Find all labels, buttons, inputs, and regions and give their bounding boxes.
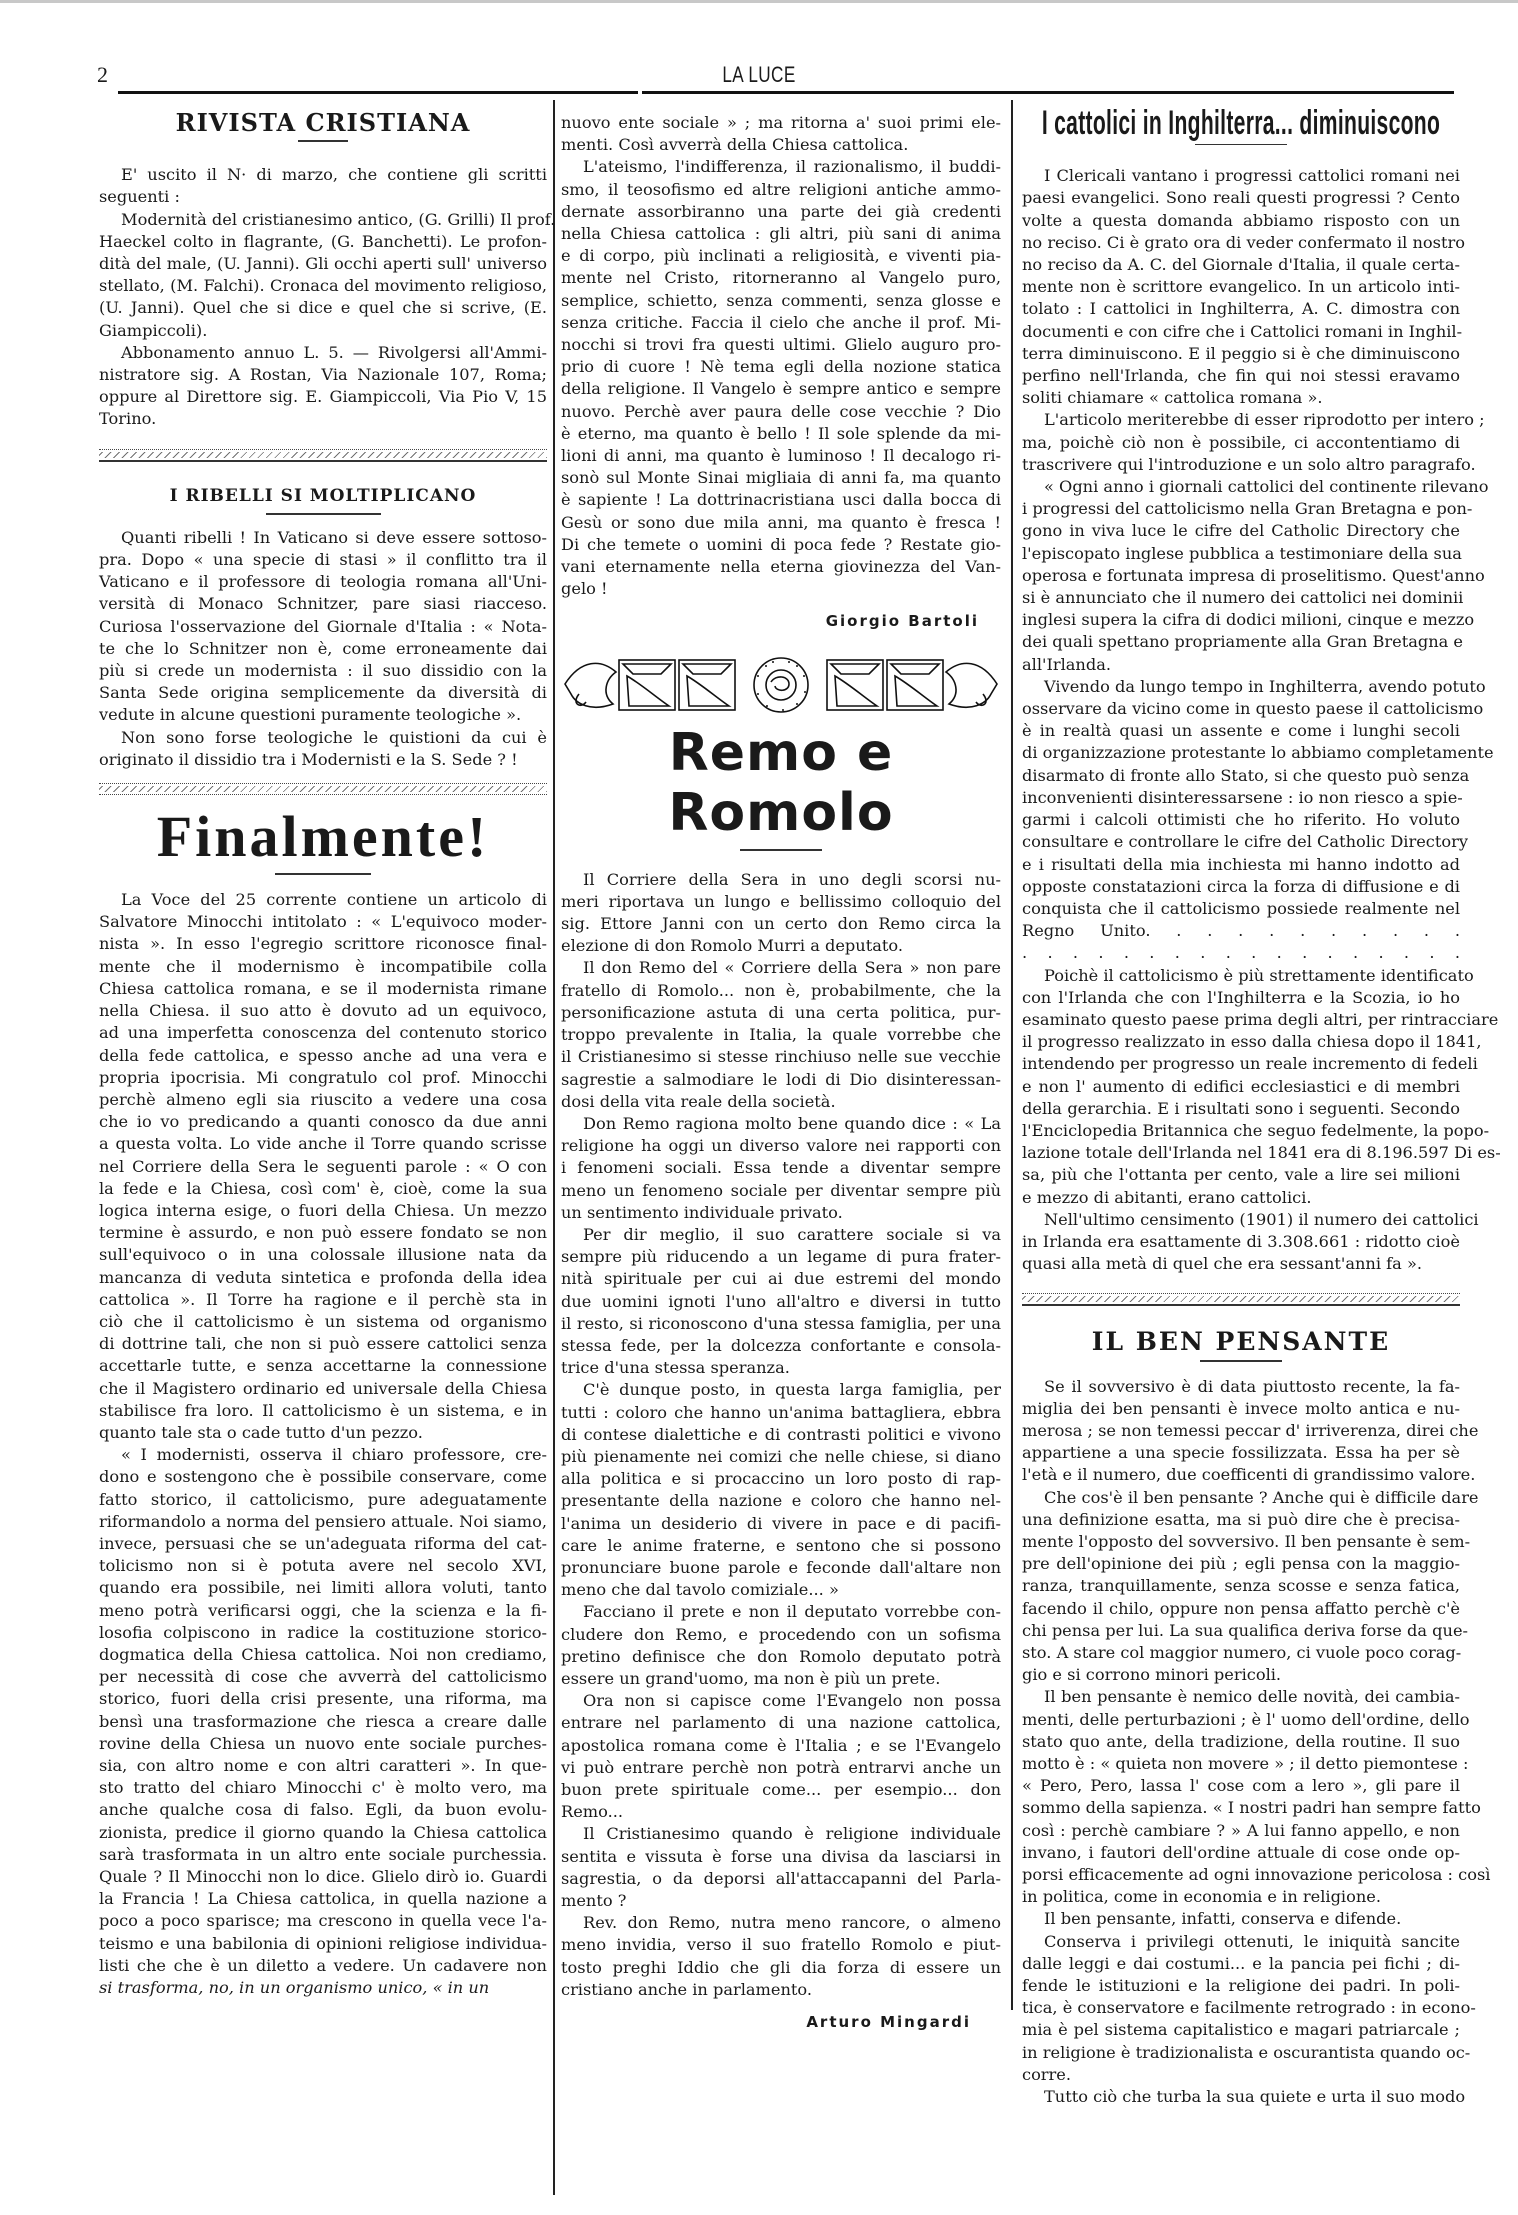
text-line: L'articolo meriterebbe di esser riprodot… <box>1022 409 1460 431</box>
text-line: consultare e controllare le cifre del Ca… <box>1022 831 1460 853</box>
text-line: menti, delle perturbazioni ; è l' uomo d… <box>1022 1709 1460 1731</box>
text-line: un sentimento individuale privato. <box>561 1202 1001 1224</box>
text-line: nella Chiesa. il suo atto è dovuto ad un… <box>99 1000 547 1022</box>
text-line: losofia colpiscono in radice la costituz… <box>99 1622 547 1644</box>
text-line: vani eternamente nella eterna giovinezza… <box>561 556 1001 578</box>
text-line: in religione è tradizionalista e oscuran… <box>1022 2042 1460 2064</box>
text-line: nuovo ente sociale » ; ma ritorna a' suo… <box>561 112 1001 134</box>
text-line: elezione di don Romolo Murri a deputato. <box>561 935 1001 957</box>
text-line: nistratore sig. A Rostan, Via Nazionale … <box>99 364 547 386</box>
text-line: Se il sovversivo è di data piuttosto rec… <box>1022 1376 1460 1398</box>
text-line: Facciano il prete e non il deputato vorr… <box>561 1601 1001 1623</box>
text-line: cattolica ». Il Torre ha ragione e il pe… <box>99 1289 547 1311</box>
text-line: religione ha oggi un diverso valore nei … <box>561 1135 1001 1157</box>
text-line: nel Corriere della Sera le seguenti paro… <box>99 1156 547 1178</box>
text-line: « Pero, Pero, lassa l' cose com a lero »… <box>1022 1775 1460 1797</box>
text-line: inconvenienti disinteressarsene : io non… <box>1022 787 1460 809</box>
text-line: ciò che il cattolicismo è un sistema od … <box>99 1311 547 1333</box>
text-line: fende le istituzioni e la religione dei … <box>1022 1975 1460 1997</box>
text-line: versità di Monaco Schnitzer, pare siasi … <box>99 593 547 615</box>
text-line: E' uscito il N· di marzo, che contiene g… <box>99 164 547 186</box>
text-line: nocchi si trovi fra questi ultimi. Gliel… <box>561 334 1001 356</box>
text-line: per necessità di cose che avverrà del ca… <box>99 1666 547 1688</box>
text-line: l'Enciclopedia Britannica che seguo fede… <box>1022 1120 1460 1142</box>
text-line: quanto tale sta o cade tutto d'un pezzo. <box>99 1422 547 1444</box>
text-line: all'Irlanda. <box>1022 654 1460 676</box>
text-line: la Francia ! La Chiesa cattolica, in que… <box>99 1888 547 1910</box>
text-line: in Irlanda era esattamente di 3.308.661 … <box>1022 1231 1460 1253</box>
headline-ribelli: I RIBELLI SI MOLTIPLICANO <box>99 485 547 507</box>
text-line: Per dir meglio, il suo carattere sociale… <box>561 1224 1001 1246</box>
text-line: I Clericali vantano i progressi cattolic… <box>1022 165 1460 187</box>
text-line: semplice, schietto, senza commenti, senz… <box>561 290 1001 312</box>
text-line: gio e si corrono minori pericoli. <box>1022 1664 1460 1686</box>
text-line: nella Chiesa cattolica : gli altri, più … <box>561 223 1001 245</box>
text-line: Il ben pensante è nemico delle novità, d… <box>1022 1686 1460 1708</box>
header-rule-right <box>642 91 1454 94</box>
text-line: sarà trasformata in un altro ente social… <box>99 1844 547 1866</box>
text-line: Nell'ultimo censimento (1901) il numero … <box>1022 1209 1460 1231</box>
text-line: mente che il modernismo è incompatibile … <box>99 956 547 978</box>
title-underline <box>298 140 348 142</box>
text-line: Di che temete o uomini di poca fede ? Re… <box>561 534 1001 556</box>
article-body: Se il sovversivo è di data piuttosto rec… <box>1022 1376 1460 2109</box>
text-line: il progresso realizzato in esso dalla ch… <box>1022 1031 1460 1053</box>
text-line: listi che che è un diletto a vedere. Un … <box>99 1955 547 1977</box>
text-line: Vaticano e il professore di teologia rom… <box>99 571 547 593</box>
text-line: Rev. don Remo, nutra meno rancore, o alm… <box>561 1912 1001 1934</box>
text-line: sto tratto del chiaro Minocchi c' è molt… <box>99 1777 547 1799</box>
text-line: perchè almeno egli sia riuscito a vedere… <box>99 1089 547 1111</box>
text-line: originato il dissidio tra i Modernisti e… <box>99 749 547 771</box>
text-line: sig. Ettore Janni con un certo don Remo … <box>561 913 1001 935</box>
text-line: Regno Unito. . . . . . . . . . . <box>1022 920 1460 942</box>
text-line: gono in viva luce le cifre del Catholic … <box>1022 520 1460 542</box>
text-line: quando era possibile, nei limiti allora … <box>99 1577 547 1599</box>
text-line: invano, i fautori dell'ordine attuale di… <box>1022 1842 1460 1864</box>
text-line: Il ben pensante, infatti, conserva e dif… <box>1022 1908 1460 1930</box>
text-line: Che cos'è il ben pensante ? Anche qui è … <box>1022 1487 1460 1509</box>
header-rule-left <box>118 91 638 94</box>
text-line: Torino. <box>99 408 547 430</box>
text-line: in politica, come in economia e in relig… <box>1022 1886 1460 1908</box>
text-line: propria ipocrisia. Mi congratulo col pro… <box>99 1067 547 1089</box>
text-line: e di corpo, più inclinati a religiosità,… <box>561 245 1001 267</box>
text-line: anche qualche cosa di falso. Egli, da bu… <box>99 1799 547 1821</box>
text-line: bensì una trasformazione che riesca a cr… <box>99 1711 547 1733</box>
text-line: vedute in alcune questioni puramente teo… <box>99 704 547 726</box>
text-line: dernate assorbiranno una parte dei già c… <box>561 201 1001 223</box>
title-underline <box>275 873 371 875</box>
text-line: esaminato questo paese prima degli altri… <box>1022 1009 1460 1031</box>
text-line: senza critiche. Faccia il cielo che anch… <box>561 312 1001 334</box>
text-line: più pienamente nei comizi che nelle chie… <box>561 1446 1001 1468</box>
middle-column: nuovo ente sociale » ; ma ritorna a' suo… <box>561 112 1001 2033</box>
text-line: mento ? <box>561 1890 1001 1912</box>
text-line: Quanti ribelli ! In Vaticano si deve ess… <box>99 527 547 549</box>
text-line: mia è pel sistema capitalistico e magari… <box>1022 2019 1460 2041</box>
text-line: tutti : coloro che hanno un'anima battag… <box>561 1402 1001 1424</box>
text-line: della religione. Il Vangelo è sempre ant… <box>561 378 1001 400</box>
text-line: inglesi supera la cifra di dodici milion… <box>1022 609 1460 631</box>
text-line: e mezzo di abitanti, erano cattolici. <box>1022 1187 1460 1209</box>
text-line: poco a poco sparisce; ma crescono in que… <box>99 1910 547 1932</box>
title-underline <box>1200 1360 1282 1362</box>
text-line: Haeckel colto in flagrante, (G. Banchett… <box>99 231 547 253</box>
text-line: tosto preghi Iddio che gli dia forza di … <box>561 1957 1001 1979</box>
author-signature: Arturo Mingardi <box>561 2011 1001 2033</box>
text-line: prio di cuore ! Nè tema egli della nozio… <box>561 356 1001 378</box>
headline-remo-e-romolo: Remo e Romolo <box>561 723 1001 843</box>
text-line: ad una imperfetta conoscenza del contenu… <box>99 1022 547 1044</box>
text-line: Giampiccoli). <box>99 320 547 342</box>
text-line: sagrestie a salmodiare le lodi di Dio di… <box>561 1069 1001 1091</box>
text-line: dei quali spettano propriamente alla Gra… <box>1022 631 1460 653</box>
text-line: vi può entrare perchè non potrà entrarvi… <box>561 1757 1001 1779</box>
text-line: i progressi del cattolicismo nella Gran … <box>1022 498 1460 520</box>
text-line: Salvatore Minocchi intitolato : « L'equi… <box>99 911 547 933</box>
text-line: tica, è conservatore e facilmente retrog… <box>1022 1997 1460 2019</box>
text-line: gelo ! <box>561 578 1001 600</box>
masthead-title: LA LUCE <box>167 62 1351 88</box>
left-column: RIVISTA CRISTIANA E' uscito il N· di mar… <box>99 112 547 1999</box>
text-line: Poichè il cattolicismo è più strettament… <box>1022 965 1460 987</box>
text-line: che il Magistero ordinario ed universale… <box>99 1378 547 1400</box>
text-line: volte a questa domanda abbiamo risposto … <box>1022 210 1460 232</box>
text-line: pronunciare buone parole e feconde dall'… <box>561 1557 1001 1579</box>
text-line: stato quo ante, della tradizione, della … <box>1022 1731 1460 1753</box>
text-line: tolato : I cattolici in Inghilterra, A. … <box>1022 298 1460 320</box>
text-line: meno invidia, verso il suo fratello Romo… <box>561 1934 1001 1956</box>
text-line: l'anima un desiderio di vivere in pace e… <box>561 1513 1001 1535</box>
text-line: trascrivere qui l'introduzione e un solo… <box>1022 454 1460 476</box>
text-line: disarmato di fronte allo Stato, si che q… <box>1022 765 1460 787</box>
article-ben-pensante: IL BEN PENSANTE Se il sovversivo è di da… <box>1022 1331 1460 2108</box>
article-body: nuovo ente sociale » ; ma ritorna a' suo… <box>561 112 1001 600</box>
column-rule-1 <box>553 100 555 2195</box>
text-line: mancanza di veduta sintetica e profonda … <box>99 1267 547 1289</box>
text-line: quasi alla metà di quel che era sessant'… <box>1022 1253 1460 1275</box>
text-line: C'è dunque posto, in questa larga famigl… <box>561 1379 1001 1401</box>
text-line: invece, persuasi che se un'adeguata rifo… <box>99 1533 547 1555</box>
text-line: presentante della nazione e coloro che h… <box>561 1490 1001 1512</box>
text-line: chi pensa per lui. La sua qualifica deri… <box>1022 1620 1460 1642</box>
text-line: la fede e la Chiesa, così com' è, cioè, … <box>99 1178 547 1200</box>
text-line: te che lo Schnitzer non è, come erroneam… <box>99 638 547 660</box>
text-line: facendo il chilo, oppure non pensa affat… <box>1022 1598 1460 1620</box>
text-line: riformandolo a norma del pensiero attual… <box>99 1511 547 1533</box>
text-line: teismo e una babilonia di opinioni relig… <box>99 1933 547 1955</box>
text-line: appartiene a una specie fossilizzata. Es… <box>1022 1442 1460 1464</box>
text-line: apostolica romana come è l'Italia ; e se… <box>561 1735 1001 1757</box>
text-line: meri riportava un lungo e bellissimo col… <box>561 891 1001 913</box>
text-line: osservare da vicino come in questo paese… <box>1022 698 1460 720</box>
text-line: lazione totale dell'Irlanda nel 1841 era… <box>1022 1142 1460 1164</box>
section-divider <box>99 447 547 465</box>
text-line: Ora non si capisce come l'Evangelo non p… <box>561 1690 1001 1712</box>
text-line: miglia dei ben pensanti è invece molto a… <box>1022 1398 1460 1420</box>
text-line: Remo... <box>561 1801 1001 1823</box>
headline-ben-pensante: IL BEN PENSANTE <box>1022 1331 1460 1353</box>
text-line: Modernità del cristianesimo antico, (G. … <box>99 209 547 231</box>
text-line: sommo della sapienza. « I nostri padri h… <box>1022 1797 1460 1819</box>
title-underline <box>1195 144 1287 145</box>
headline-rivista-cristiana: RIVISTA CRISTIANA <box>99 112 547 134</box>
text-line: alla politica e si procaccino un loro po… <box>561 1468 1001 1490</box>
text-line: pre dell'opinione dei più ; egli pensa c… <box>1022 1553 1460 1575</box>
text-line: Abbonamento annuo L. 5. — Rivolgersi all… <box>99 342 547 364</box>
text-line: Il Cristianesimo quando è religione indi… <box>561 1823 1001 1845</box>
text-line: nità spirituale per cui ai due estremi d… <box>561 1268 1001 1290</box>
text-line: e non l' aumento di edifici ecclesiastic… <box>1022 1076 1460 1098</box>
text-line: di organizzazione protestante lo abbiamo… <box>1022 742 1460 764</box>
text-line: fatto storico, il cattolicismo, pure ade… <box>99 1489 547 1511</box>
article-finalmente: Finalmente! La Voce del 25 corrente cont… <box>99 805 547 1999</box>
text-line: mente l'opposto del sovversivo. Il ben p… <box>1022 1531 1460 1553</box>
text-line: l'età e il numero, due coefficenti di gr… <box>1022 1464 1460 1486</box>
article-body: Il Corriere della Sera in uno degli scor… <box>561 869 1001 2001</box>
text-line: Tutto ciò che turba la sua quiete e urta… <box>1022 2086 1460 2108</box>
headline-finalmente: Finalmente! <box>99 805 547 869</box>
text-line: tolicismo non si è potuta avere nel seco… <box>99 1555 547 1577</box>
text-line: meno un fenomeno sociale per diventar se… <box>561 1180 1001 1202</box>
text-line: della gerarchia. E i risultati sono i se… <box>1022 1098 1460 1120</box>
text-line: una definizione esatta, ma si può dire c… <box>1022 1509 1460 1531</box>
text-line: pretino definisce che don Romolo deputat… <box>561 1646 1001 1668</box>
text-line: due uomini ignoti l'uno all'altro e dive… <box>561 1291 1001 1313</box>
text-line: si trasforma, no, in un organismo unico,… <box>99 1977 547 1999</box>
text-line: paesi evangelici. Sono reali questi prog… <box>1022 187 1460 209</box>
text-line: essere un grand'uomo, ma non è più un pr… <box>561 1668 1001 1690</box>
text-line: più si crede un modernista : il suo diss… <box>99 660 547 682</box>
text-line: (U. Janni). Quel che si dice e quel che … <box>99 297 547 319</box>
text-line: corre. <box>1022 2064 1460 2086</box>
text-line: terra diminuiscono. E il peggio si è che… <box>1022 343 1460 365</box>
article-body: La Voce del 25 corrente contiene un arti… <box>99 889 547 1999</box>
scan-edge-noise <box>0 0 1518 3</box>
text-line: Don Remo ragiona molto bene quando dice … <box>561 1113 1001 1135</box>
text-line: i fenomeni sociali. Essa tende a diventa… <box>561 1157 1001 1179</box>
text-line: stabilisce fra loro. Il cattolicismo è u… <box>99 1400 547 1422</box>
text-line: è in realtà quasi un assente e come i lu… <box>1022 720 1460 742</box>
section-divider <box>99 781 547 799</box>
text-line: trice d'una stessa speranza. <box>561 1357 1001 1379</box>
text-line: seguenti : <box>99 186 547 208</box>
text-line: sempre più riducendo a un legame di pura… <box>561 1246 1001 1268</box>
text-line: storico, fuori della crisi presente, una… <box>99 1688 547 1710</box>
text-line: sia, con altro nome e con altri caratter… <box>99 1755 547 1777</box>
text-line: dogmatica della Chiesa cattolica. Noi no… <box>99 1644 547 1666</box>
text-line: che io vo predicando a quanti conosco da… <box>99 1111 547 1133</box>
text-line: entrare nel parlamento di una nazione ca… <box>561 1712 1001 1734</box>
text-line: si è annunciato che il numero dei cattol… <box>1022 587 1460 609</box>
text-line: personificazione astuta di una certa pol… <box>561 1002 1001 1024</box>
text-line: fratello di Romolo... non è, probabilmen… <box>561 980 1001 1002</box>
text-line: della fede cattolica, e spesso anche ad … <box>99 1045 547 1067</box>
article-body: E' uscito il N· di marzo, che contiene g… <box>99 164 547 430</box>
right-column: I cattolici in Inghilterra... diminuisco… <box>1022 112 1460 2108</box>
text-line: Vivendo da lungo tempo in Inghilterra, a… <box>1022 676 1460 698</box>
text-line: nuovo. Perchè aver paura delle cose vecc… <box>561 401 1001 423</box>
text-line: Chiesa cattolica romana, e se il moderni… <box>99 978 547 1000</box>
text-line: smo, il teosofismo ed altre religioni an… <box>561 179 1001 201</box>
text-line: lioni di anni, ma quanto è luminoso ! Il… <box>561 445 1001 467</box>
text-line: dono e sostengono che è possibile conser… <box>99 1466 547 1488</box>
text-line: dalle leggi e dai costumi... e la pancia… <box>1022 1953 1460 1975</box>
text-line: perfino nell'Irlanda, che fin qui noi st… <box>1022 365 1460 387</box>
text-line: sull'equivoco o in una colossale illusio… <box>99 1244 547 1266</box>
text-line: operosa e fortunata impresa di proseliti… <box>1022 565 1460 587</box>
text-line: oppure al Direttore sig. E. Giampiccoli,… <box>99 386 547 408</box>
text-line: termine è assurdo, e non può essere fond… <box>99 1222 547 1244</box>
text-line: di contese dialettiche e di contrasti po… <box>561 1424 1001 1446</box>
text-line: Il don Remo del « Corriere della Sera » … <box>561 957 1001 979</box>
text-line: ma, poichè ciò non è possibile, ci accon… <box>1022 432 1460 454</box>
text-line: Non sono forse teologiche le quistioni d… <box>99 727 547 749</box>
text-line: sto. A stare col maggior numero, ci vuol… <box>1022 1642 1460 1664</box>
text-line: « I modernisti, osserva il chiaro profes… <box>99 1444 547 1466</box>
text-line: meno potrà verificarsi oggi, che la scie… <box>99 1600 547 1622</box>
text-line: ranza, tranquillamente, senza scosse e s… <box>1022 1575 1460 1597</box>
article-continuation: nuovo ente sociale » ; ma ritorna a' suo… <box>561 112 1001 633</box>
text-line: accettarle tutte, e senza accettarne la … <box>99 1355 547 1377</box>
text-line: Conserva i privilegi ottenuti, le iniqui… <box>1022 1931 1460 1953</box>
text-line: a questa volta. Lo vide anche il Torre q… <box>99 1133 547 1155</box>
title-underline <box>740 849 822 851</box>
text-line: opposte constatazioni circa la forza di … <box>1022 876 1460 898</box>
text-line: L'ateismo, l'indifferenza, il razionalis… <box>561 156 1001 178</box>
text-line: sentita e vissuta è forse una divisa da … <box>561 1846 1001 1868</box>
text-line: nista ». In esso l'egregio scrittore ric… <box>99 933 547 955</box>
text-line: è sapiente ! La dottrinacristiana usci d… <box>561 489 1001 511</box>
text-line: motto è : « quieta non movere » ; il det… <box>1022 1753 1460 1775</box>
text-line: « Ogni anno i giornali cattolici del con… <box>1022 476 1460 498</box>
text-line: sonò sul Monte Sinai migliaia di anni fa… <box>561 467 1001 489</box>
text-line: dosi della vita reale della società. <box>561 1091 1001 1113</box>
text-line: Il Corriere della Sera in uno degli scor… <box>561 869 1001 891</box>
text-line: no reciso da A. C. del Giornale d'Italia… <box>1022 254 1460 276</box>
text-line: sa, più che l'ottanta per cento, vale a … <box>1022 1164 1460 1186</box>
text-line: stessa fede, per la dolcezza confortante… <box>561 1335 1001 1357</box>
text-line: buon prete spirituale come... per esempi… <box>561 1779 1001 1801</box>
article-cattolici-inghilterra: I cattolici in Inghilterra... diminuisco… <box>1022 112 1460 1275</box>
text-line: merosa ; se non temessi peccar d' irrive… <box>1022 1420 1460 1442</box>
text-line: stellato, (M. Falchi). Cronaca del movim… <box>99 275 547 297</box>
title-underline <box>266 513 381 515</box>
text-line: mente nel Cristo, ritorneranno al Vangel… <box>561 267 1001 289</box>
text-line: mente non è scrittore evangelico. In un … <box>1022 276 1460 298</box>
page-number: 2 <box>97 62 108 88</box>
text-line: conquista che il cattolicismo possiede r… <box>1022 898 1460 920</box>
article-body: I Clericali vantano i progressi cattolic… <box>1022 165 1460 1275</box>
text-line: porsi efficacemente ad ogni innovazione … <box>1022 1864 1460 1886</box>
text-line: logica interna esige, o fuori della Chie… <box>99 1200 547 1222</box>
text-line: l'episcopato inglese pubblica a testimon… <box>1022 543 1460 565</box>
text-line: il Cristianesimo si stesse rinchiuso nel… <box>561 1046 1001 1068</box>
text-line: Curiosa l'osservazione del Giornale d'It… <box>99 616 547 638</box>
article-remo-e-romolo: Remo e Romolo Il Corriere della Sera in … <box>561 653 1001 2034</box>
text-line: cristiano anche in parlamento. <box>561 1979 1001 2001</box>
text-line: . . . . . . . . . . . . . . . . . . <box>1022 942 1460 964</box>
text-line: cludere don Remo, e procedendo con un so… <box>561 1624 1001 1646</box>
text-line: Quale ? Il Minocchi non lo dice. Glielo … <box>99 1866 547 1888</box>
text-line: intendendo per progresso un reale increm… <box>1022 1053 1460 1075</box>
section-divider <box>1022 1291 1460 1309</box>
text-line: con l'Irlanda che con l'Inghilterra e la… <box>1022 987 1460 1009</box>
decorative-border-ornament <box>561 653 1001 717</box>
text-line: menti. Così avverrà della Chiesa cattoli… <box>561 134 1001 156</box>
text-line: così : perchè cambiare ? » A lui fanno a… <box>1022 1820 1460 1842</box>
text-line: garmi i calcoli ottimisti che ho riferit… <box>1022 809 1460 831</box>
text-line: troppo prevalente in Italia, la quale vo… <box>561 1024 1001 1046</box>
text-line: soliti chiamare « cattolica romana ». <box>1022 387 1460 409</box>
text-line: è eterno, ma quanto è bello ! Il sole sp… <box>561 423 1001 445</box>
text-line: e i risultati della mia inchiesta mi han… <box>1022 854 1460 876</box>
text-line: pra. Dopo « una specie di stasi » il con… <box>99 549 547 571</box>
headline-cattolici-inghilterra: I cattolici in Inghilterra... diminuisco… <box>1025 112 1458 134</box>
text-line: il resto, si riconoscono d'una stessa fa… <box>561 1313 1001 1335</box>
text-line: care le anime fraterne, e sentono che si… <box>561 1535 1001 1557</box>
article-body: Quanti ribelli ! In Vaticano si deve ess… <box>99 527 547 771</box>
text-line: no reciso. Ci è grato ora di veder confe… <box>1022 232 1460 254</box>
text-line: La Voce del 25 corrente contiene un arti… <box>99 889 547 911</box>
text-line: sagrestia, o da deporsi all'attaccapanni… <box>561 1868 1001 1890</box>
text-line: Santa Sede origina semplicemente da dive… <box>99 682 547 704</box>
text-line: di dottrine tali, che non si può essere … <box>99 1333 547 1355</box>
article-rivista-cristiana: RIVISTA CRISTIANA E' uscito il N· di mar… <box>99 112 547 431</box>
text-line: zionista, predice il giorno quando la Ch… <box>99 1822 547 1844</box>
author-signature: Giorgio Bartoli <box>561 610 1001 632</box>
acanthus-rose-ornament-icon <box>561 654 1001 716</box>
text-line: documenti e con cifre che i Cattolici ro… <box>1022 321 1460 343</box>
text-line: meno che dal tavolo comiziale... » <box>561 1579 1001 1601</box>
column-rule-2 <box>1011 100 1013 2010</box>
text-line: Gesù or sono due mila anni, ma quanto è … <box>561 512 1001 534</box>
text-line: rovine della Chiesa un nuovo ente social… <box>99 1733 547 1755</box>
text-line: dità del male, (U. Janni). Gli occhi ape… <box>99 253 547 275</box>
article-ribelli: I RIBELLI SI MOLTIPLICANO Quanti ribelli… <box>99 485 547 771</box>
